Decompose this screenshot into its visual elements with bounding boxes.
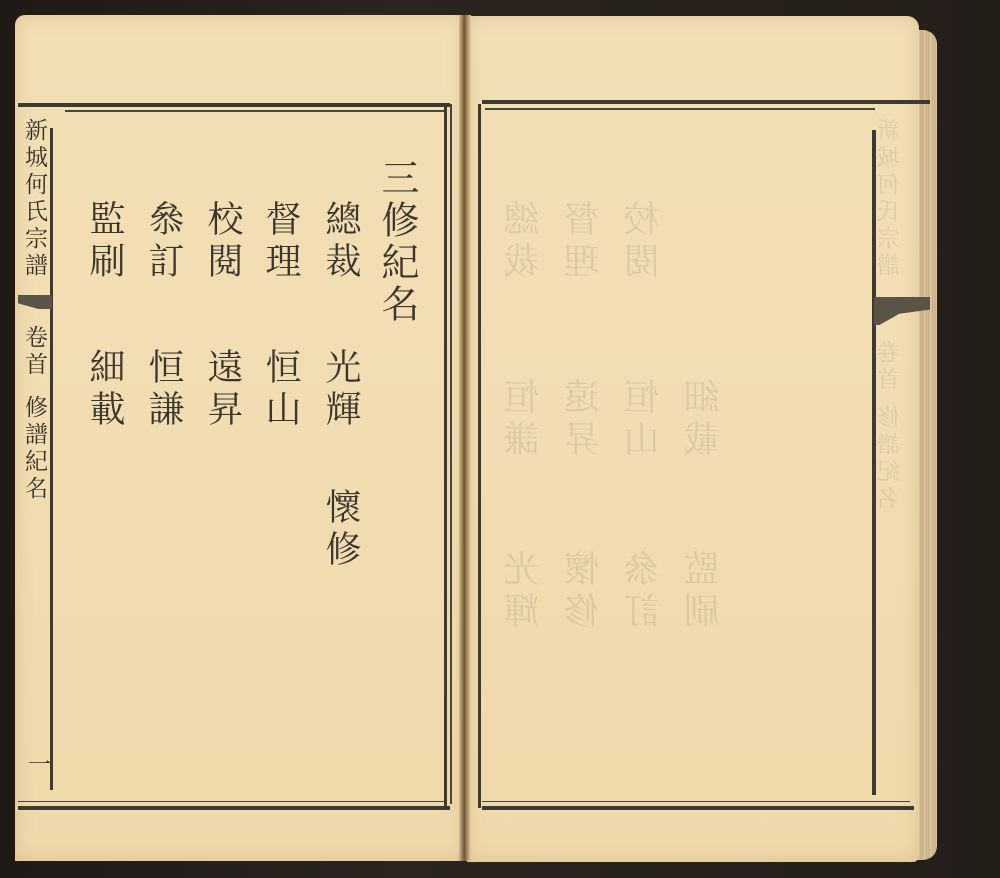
- name-proofreader: 遠昇: [204, 348, 240, 432]
- bleedthrough-col-5: 遠昇: [567, 378, 603, 462]
- bleedthrough-col-9: 懷修: [567, 550, 603, 634]
- page-number: 一: [25, 752, 48, 779]
- name-supervisor: 恒山: [262, 348, 298, 432]
- bleedthrough-col-2: 督理: [567, 200, 603, 284]
- book-title: 新城何氏宗譜: [22, 118, 45, 280]
- bleedthrough-col-4: 恒謙: [507, 378, 543, 462]
- role-supervisor: 督理: [262, 200, 298, 284]
- heading-three-revisions: 三修紀名: [378, 158, 416, 326]
- bleedthrough-col-11: 監刷: [687, 550, 723, 634]
- bleedthrough-col-3: 校閱: [627, 200, 663, 284]
- section-label: 修譜紀名: [22, 395, 45, 503]
- bleedthrough-col-6: 恒山: [627, 378, 663, 462]
- name-chief-editor-2: 懷修: [322, 488, 358, 572]
- role-co-editor: 叅訂: [145, 200, 181, 284]
- role-print-supervisor: 監刷: [86, 200, 122, 284]
- role-proofreader: 校閱: [204, 200, 240, 284]
- left-page: [15, 15, 464, 861]
- bleedthrough-book-title: 新城何氏宗譜: [880, 118, 903, 280]
- bleedthrough-volume: 卷首: [880, 340, 903, 394]
- bleedthrough-col-8: 光輝: [507, 550, 543, 634]
- bleedthrough-col-1: 總裁: [507, 200, 543, 284]
- name-print-supervisor: 細載: [86, 348, 122, 432]
- name-chief-editor-1: 光輝: [322, 348, 358, 432]
- bleedthrough-col-7: 細載: [687, 378, 723, 462]
- role-chief-editor: 總裁: [322, 200, 358, 284]
- bleedthrough-section: 修譜紀名: [880, 405, 903, 513]
- volume-label: 卷首: [22, 325, 45, 379]
- bleedthrough-col-10: 叅訂: [627, 550, 663, 634]
- name-co-editor: 恒謙: [145, 348, 181, 432]
- book-spine-gutter: [459, 15, 471, 861]
